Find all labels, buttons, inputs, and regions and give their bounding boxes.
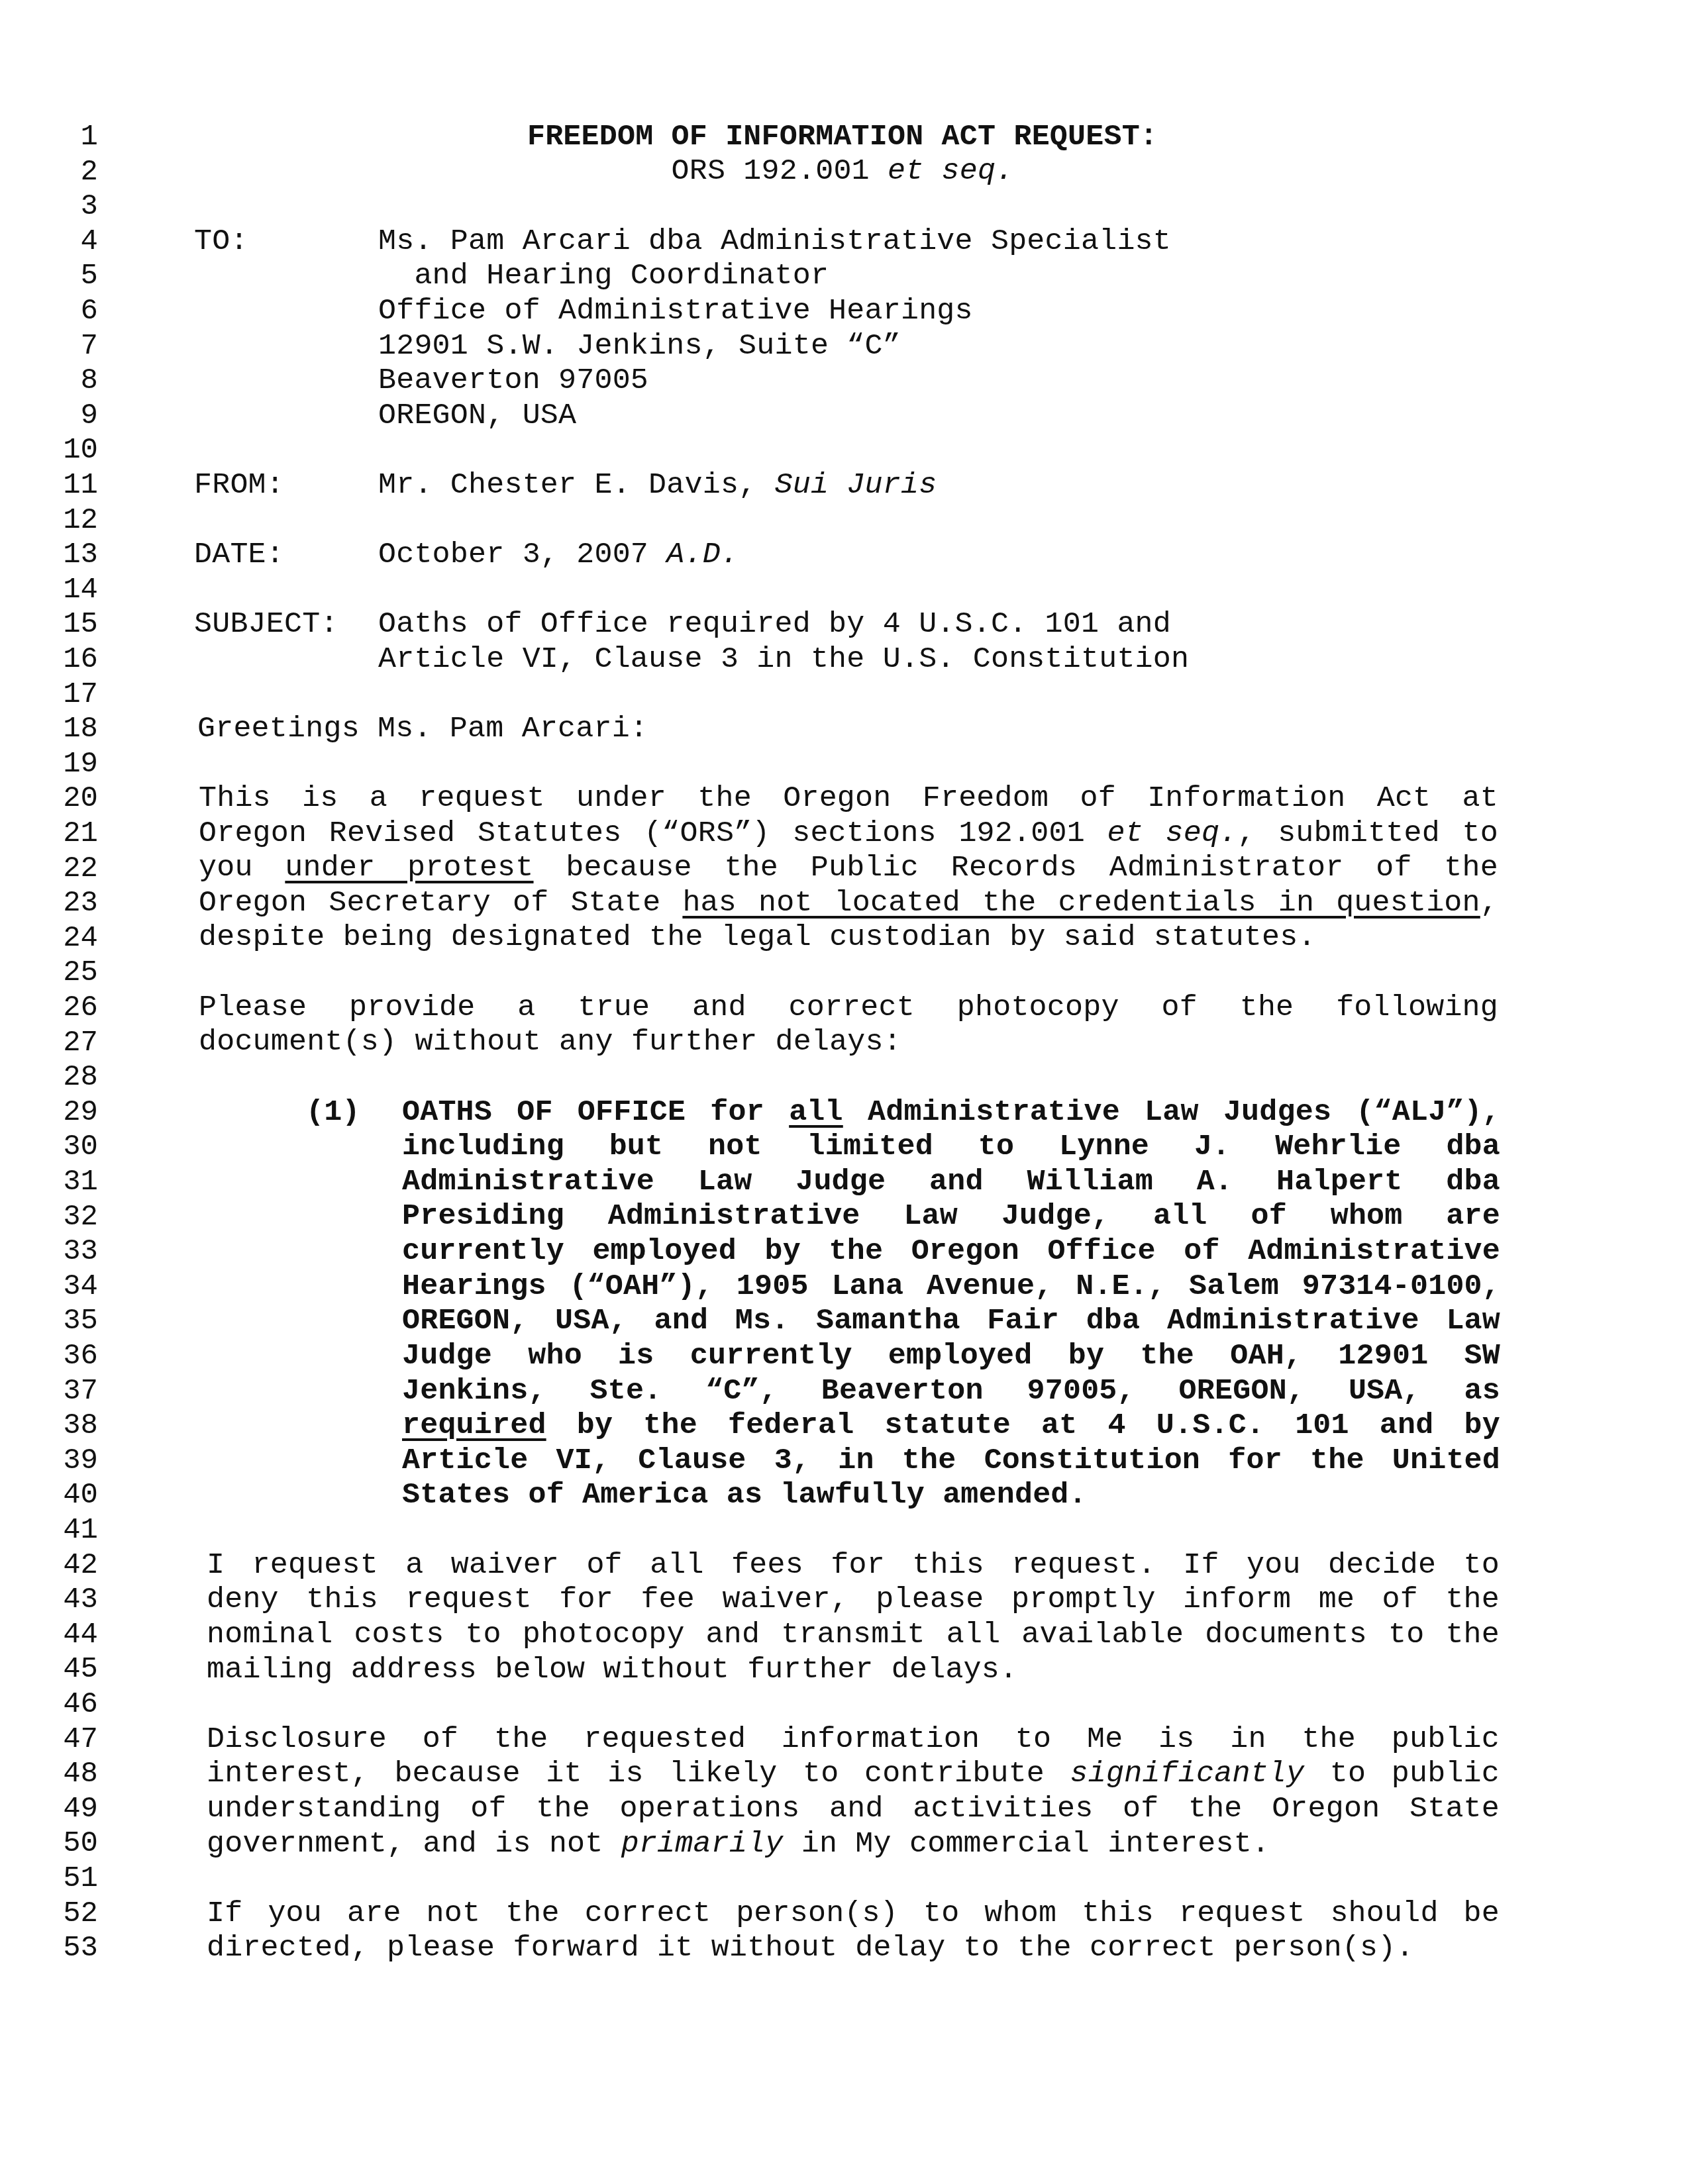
significantly-italic: significantly [1070, 1757, 1305, 1791]
line-number: 18 [40, 712, 98, 747]
document-page: 1234567891011121314151617181920212223242… [0, 0, 1689, 2184]
line-number: 12 [40, 503, 98, 538]
subject-line-2: Article VI, Clause 3 in the U.S. Constit… [378, 642, 1189, 677]
to-line-1: Ms. Pam Arcari dba Administrative Specia… [378, 224, 1171, 260]
item-line-35: OREGON, USA, and Ms. Samantha Fair dba A… [402, 1304, 1500, 1339]
to-line-6: OREGON, USA [378, 399, 576, 434]
text: to public [1304, 1757, 1500, 1791]
line-number: 25 [40, 956, 98, 991]
line-number: 52 [40, 1897, 98, 1932]
credentials-underlined: has not located the credentials in quest… [682, 886, 1480, 920]
from-sui-juris: Sui Juris [775, 468, 937, 502]
line-number: 37 [40, 1374, 98, 1409]
date-value: October 3, 2007 A.D. [378, 538, 739, 573]
to-line-5: Beaverton 97005 [378, 364, 648, 399]
paragraph3-line-45: mailing address below without further de… [207, 1653, 1500, 1688]
line-number: 16 [40, 642, 98, 677]
line-number: 13 [40, 538, 98, 573]
text: interest, because it is likely to contri… [207, 1757, 1070, 1791]
line-number: 20 [40, 781, 98, 817]
line-number: 11 [40, 468, 98, 503]
line-number: 19 [40, 747, 98, 782]
line-number: 36 [40, 1339, 98, 1374]
line-number: 48 [40, 1757, 98, 1792]
paragraph5-line-53: directed, please forward it without dela… [207, 1931, 1500, 1966]
item-line-37: Jenkins, Ste. “C”, Beaverton 97005, OREG… [402, 1374, 1500, 1409]
line-number: 50 [40, 1826, 98, 1861]
line-number: 23 [40, 886, 98, 921]
paragraph1-line-20: This is a request under the Oregon Freed… [199, 781, 1498, 817]
line-number: 7 [40, 329, 98, 364]
line-number: 26 [40, 991, 98, 1026]
paragraph1-line-22: you under protest because the Public Rec… [199, 851, 1498, 886]
line-number: 21 [40, 817, 98, 852]
paragraph3-line-44: nominal costs to photocopy and transmit … [207, 1618, 1500, 1653]
line-number: 3 [40, 189, 98, 224]
line-number: 44 [40, 1618, 98, 1653]
line-number: 42 [40, 1548, 98, 1583]
line-number: 47 [40, 1722, 98, 1758]
item-line-40: States of America as lawfully amended. [402, 1478, 1500, 1513]
et-seq: et seq. [1107, 817, 1237, 850]
text: by the federal statute at 4 U.S.C. 101 a… [546, 1409, 1500, 1442]
from-label: FROM: [194, 468, 284, 503]
paragraph5-line-52: If you are not the correct person(s) to … [207, 1897, 1500, 1932]
from-name: Mr. Chester E. Davis, [378, 468, 775, 502]
date-text: October 3, 2007 [378, 538, 666, 571]
all-underlined: all [789, 1095, 843, 1129]
line-number: 53 [40, 1931, 98, 1966]
line-number: 30 [40, 1130, 98, 1165]
item-line-31: Administrative Law Judge and William A. … [402, 1165, 1500, 1200]
item-line-39: Article VI, Clause 3, in the Constitutio… [402, 1444, 1500, 1479]
item-line-36: Judge who is currently employed by the O… [402, 1339, 1500, 1374]
line-number: 51 [40, 1861, 98, 1897]
line-number: 28 [40, 1060, 98, 1095]
line-number: 29 [40, 1095, 98, 1130]
text: , submitted to [1237, 817, 1498, 850]
line-number: 22 [40, 852, 98, 887]
from-value: Mr. Chester E. Davis, Sui Juris [378, 468, 937, 503]
line-number: 8 [40, 364, 98, 399]
line-number: 17 [40, 677, 98, 713]
subject-line-1: Oaths of Office required by 4 U.S.C. 101… [378, 607, 1171, 642]
line-number: 33 [40, 1234, 98, 1269]
statute-et-seq: et seq. [888, 154, 1013, 188]
text: Administrative Law Judges (“ALJ”), [843, 1095, 1500, 1129]
line-number: 15 [40, 607, 98, 642]
line-number: 46 [40, 1687, 98, 1722]
line-number: 41 [40, 1513, 98, 1548]
to-label: TO: [194, 224, 248, 260]
line-number: 38 [40, 1409, 98, 1444]
primarily-italic: primarily [621, 1827, 784, 1861]
line-number: 14 [40, 573, 98, 608]
item-line-30: including but not limited to Lynne J. We… [402, 1130, 1500, 1165]
subject-label: SUBJECT: [194, 607, 338, 642]
to-line-3: Office of Administrative Hearings [378, 294, 973, 329]
paragraph3-line-43: deny this request for fee waiver, please… [207, 1583, 1500, 1618]
paragraph4-line-50: government, and is not primarily in My c… [207, 1827, 1500, 1862]
text: you [199, 851, 285, 885]
line-number: 5 [40, 259, 98, 294]
line-number: 27 [40, 1026, 98, 1061]
paragraph2-line-26: Please provide a true and correct photoc… [199, 991, 1498, 1026]
text: in My commercial interest. [784, 1827, 1270, 1861]
text: OATHS OF OFFICE for [402, 1095, 789, 1129]
to-line-4: 12901 S.W. Jenkins, Suite “C” [378, 329, 901, 364]
line-number: 34 [40, 1269, 98, 1305]
text: because the Public Records Administrator… [534, 851, 1498, 885]
text: , [1480, 886, 1498, 920]
line-number: 4 [40, 224, 98, 260]
text: government, and is not [207, 1827, 621, 1861]
paragraph1-line-23: Oregon Secretary of State has not locate… [199, 886, 1498, 921]
statute-reference: ORS 192.001 et seq. [0, 154, 1685, 189]
line-number: 9 [40, 399, 98, 434]
line-number: 45 [40, 1652, 98, 1687]
line-number: 39 [40, 1444, 98, 1479]
item-line-33: currently employed by the Oregon Office … [402, 1234, 1500, 1269]
item-line-34: Hearings (“OAH”), 1905 Lana Avenue, N.E.… [402, 1269, 1500, 1305]
paragraph2-line-27: document(s) without any further delays: [199, 1025, 1498, 1060]
paragraph1-line-21: Oregon Revised Statutes (“ORS”) sections… [199, 817, 1498, 852]
under-protest-underlined: under protest [285, 851, 533, 885]
document-title: FREEDOM OF INFORMATION ACT REQUEST: [0, 120, 1685, 155]
to-line-2: and Hearing Coordinator [378, 259, 829, 294]
paragraph3-line-42: I request a waiver of all fees for this … [207, 1548, 1500, 1583]
line-number: 6 [40, 294, 98, 329]
line-number: 40 [40, 1478, 98, 1513]
greeting: Greetings Ms. Pam Arcari: [197, 712, 648, 747]
item-marker: (1) [306, 1095, 360, 1130]
paragraph4-line-47: Disclosure of the requested information … [207, 1722, 1500, 1758]
line-number: 35 [40, 1304, 98, 1339]
paragraph4-line-48: interest, because it is likely to contri… [207, 1757, 1500, 1792]
item-line-29: OATHS OF OFFICE for all Administrative L… [402, 1095, 1500, 1130]
statute-text: ORS 192.001 [672, 154, 888, 188]
text: Oregon Secretary of State [199, 886, 682, 920]
text: Oregon Revised Statutes (“ORS”) sections… [199, 817, 1107, 850]
line-number: 43 [40, 1583, 98, 1618]
line-number: 24 [40, 921, 98, 956]
line-number: 32 [40, 1200, 98, 1235]
paragraph1-line-24: despite being designated the legal custo… [199, 920, 1498, 956]
required-underlined: required [402, 1409, 546, 1442]
paragraph4-line-49: understanding of the operations and acti… [207, 1792, 1500, 1827]
date-label: DATE: [194, 538, 284, 573]
item-line-38: required by the federal statute at 4 U.S… [402, 1409, 1500, 1444]
line-number: 49 [40, 1792, 98, 1827]
line-number: 10 [40, 433, 98, 468]
date-ad: A.D. [666, 538, 739, 571]
item-line-32: Presiding Administrative Law Judge, all … [402, 1199, 1500, 1234]
line-number: 31 [40, 1165, 98, 1200]
